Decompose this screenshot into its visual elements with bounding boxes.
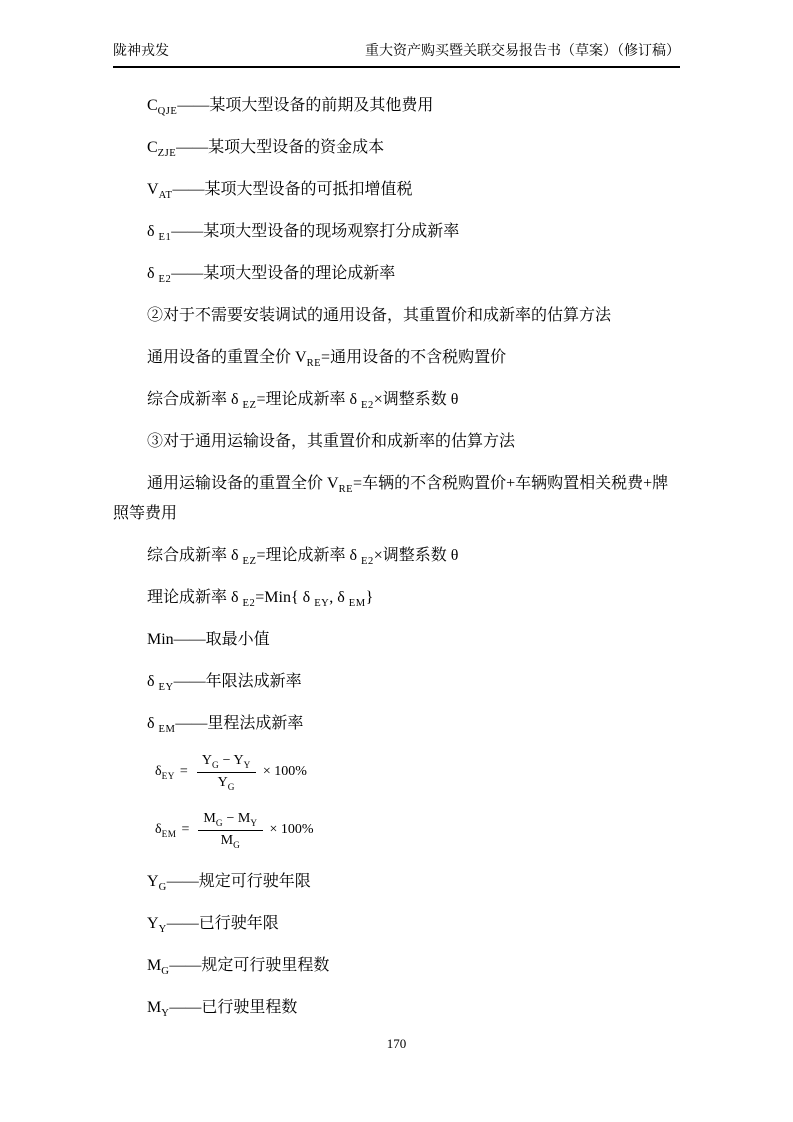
paragraph: 综合成新率 δ EZ=理论成新率 δ E2×调整系数 θ bbox=[113, 385, 680, 415]
subscript: EM bbox=[349, 598, 366, 609]
text-run: 通用设备的重置全价 V bbox=[147, 349, 307, 366]
formula-tail: × 100% bbox=[263, 764, 307, 780]
subscript: E2 bbox=[243, 598, 256, 609]
text-run: M bbox=[147, 957, 161, 974]
subscript: RE bbox=[339, 484, 353, 495]
text-run: M bbox=[203, 811, 215, 826]
paragraph: VAT——某项大型设备的可抵扣增值税 bbox=[113, 175, 680, 205]
text-run: δ bbox=[155, 822, 162, 837]
text-run: ×调整系数 θ bbox=[374, 391, 459, 408]
text-run: ②对于不需要安装调试的通用设备，其重置价和成新率的估算方法 bbox=[147, 307, 611, 324]
text-run: ——某项大型设备的可抵扣增值税 bbox=[172, 181, 412, 198]
text-run: 综合成新率 δ bbox=[147, 391, 243, 408]
subscript: G bbox=[159, 882, 167, 893]
subscript: G bbox=[233, 839, 240, 849]
fraction-numerator: MG − MY bbox=[198, 810, 262, 831]
paragraph: YG——规定可行驶年限 bbox=[113, 867, 680, 897]
text-run: Y bbox=[147, 915, 159, 932]
subscript: Y bbox=[244, 759, 251, 769]
subscript: E2 bbox=[159, 274, 172, 285]
text-run: ——某项大型设备的现场观察打分成新率 bbox=[171, 223, 459, 240]
text-run: − bbox=[219, 753, 233, 768]
text-run: δ bbox=[147, 673, 159, 690]
text-run: M bbox=[238, 811, 250, 826]
equals-sign: = bbox=[180, 764, 188, 780]
text-run: V bbox=[147, 181, 159, 198]
subscript: EZ bbox=[243, 556, 257, 567]
subscript: EM bbox=[162, 829, 177, 839]
subscript: QJE bbox=[158, 106, 178, 117]
text-run: Min——取最小值 bbox=[147, 631, 270, 648]
page-footer: 170 bbox=[0, 1036, 793, 1052]
text-run: ×调整系数 θ bbox=[374, 547, 459, 564]
fraction-denominator: MG bbox=[221, 831, 241, 851]
text-run: =理论成新率 δ bbox=[256, 391, 361, 408]
subscript: Y bbox=[159, 924, 167, 935]
paragraph: δ EM——里程法成新率 bbox=[113, 709, 680, 739]
text-run: ——某项大型设备的前期及其他费用 bbox=[177, 97, 433, 114]
text-run: ——已行驶年限 bbox=[167, 915, 279, 932]
paragraph: δ EY——年限法成新率 bbox=[113, 667, 680, 697]
fraction-denominator: YG bbox=[218, 773, 235, 793]
page-number: 170 bbox=[387, 1036, 407, 1051]
text-run: Y bbox=[218, 775, 228, 790]
paragraph: δ E1——某项大型设备的现场观察打分成新率 bbox=[113, 217, 680, 247]
text-run: − bbox=[223, 811, 238, 826]
text-run: =理论成新率 δ bbox=[256, 547, 361, 564]
text-run: Y bbox=[202, 753, 212, 768]
text-run: ——规定可行驶里程数 bbox=[169, 957, 329, 974]
text-run: δ bbox=[155, 764, 162, 779]
subscript: RE bbox=[307, 358, 321, 369]
text-run: ——年限法成新率 bbox=[174, 673, 302, 690]
header-company: 陇神戎发 bbox=[113, 44, 169, 61]
text-run: , δ bbox=[329, 589, 349, 606]
text-run: 理论成新率 δ bbox=[147, 589, 243, 606]
subscript: ZJE bbox=[158, 148, 177, 159]
text-run: M bbox=[147, 999, 161, 1016]
paragraph: Min——取最小值 bbox=[113, 625, 680, 655]
paragraph: 通用设备的重置全价 VRE=通用设备的不含税购置价 bbox=[113, 343, 680, 373]
text-run: δ bbox=[147, 265, 159, 282]
formula-lhs: δEY bbox=[155, 764, 175, 780]
text-run: δ bbox=[147, 223, 159, 240]
text-run: ——规定可行驶年限 bbox=[167, 873, 311, 890]
text-run: Y bbox=[147, 873, 159, 890]
text-run: C bbox=[147, 97, 158, 114]
document-body: CQJE——某项大型设备的前期及其他费用CZJE——某项大型设备的资金成本VAT… bbox=[113, 77, 680, 1023]
text-run: =通用设备的不含税购置价 bbox=[321, 349, 506, 366]
fraction-numerator: YG − YY bbox=[197, 752, 256, 773]
text-run: =Min{ δ bbox=[255, 589, 314, 606]
text-run: ——已行驶里程数 bbox=[169, 999, 297, 1016]
text-run: δ bbox=[147, 715, 159, 732]
text-run: ——某项大型设备的资金成本 bbox=[176, 139, 384, 156]
subscript: E1 bbox=[159, 232, 172, 243]
fraction: MG − MYMG bbox=[198, 810, 262, 851]
subscript: EM bbox=[159, 724, 176, 735]
subscript: E2 bbox=[361, 556, 374, 567]
text-run: 综合成新率 δ bbox=[147, 547, 243, 564]
formula: δEY=YG − YYYG× 100% bbox=[113, 747, 680, 797]
text-run: ——某项大型设备的理论成新率 bbox=[171, 265, 395, 282]
text-run: } bbox=[366, 589, 374, 606]
subscript: EY bbox=[314, 598, 329, 609]
subscript: EY bbox=[159, 682, 174, 693]
paragraph: YY——已行驶年限 bbox=[113, 909, 680, 939]
equals-sign: = bbox=[181, 822, 189, 838]
paragraph: δ E2——某项大型设备的理论成新率 bbox=[113, 259, 680, 289]
paragraph: 通用运输设备的重置全价 VRE=车辆的不含税购置价+车辆购置相关税费+牌照等费用 bbox=[113, 469, 680, 529]
paragraph: CQJE——某项大型设备的前期及其他费用 bbox=[113, 91, 680, 121]
subscript: Y bbox=[250, 817, 257, 827]
formula-tail: × 100% bbox=[270, 822, 314, 838]
subscript: E2 bbox=[361, 400, 374, 411]
paragraph: 理论成新率 δ E2=Min{ δ EY, δ EM} bbox=[113, 583, 680, 613]
text-run: 通用运输设备的重置全价 V bbox=[147, 475, 339, 492]
fraction: YG − YYYG bbox=[197, 752, 256, 793]
paragraph: MG——规定可行驶里程数 bbox=[113, 951, 680, 981]
document-page: 陇神戎发 重大资产购买暨关联交易报告书（草案）（修订稿） CQJE——某项大型设… bbox=[0, 0, 793, 1122]
subscript: AT bbox=[159, 190, 173, 201]
formula-lhs: δEM bbox=[155, 822, 176, 838]
text-run: ③对于通用运输设备，其重置价和成新率的估算方法 bbox=[147, 433, 515, 450]
subscript: EZ bbox=[243, 400, 257, 411]
paragraph: MY——已行驶里程数 bbox=[113, 993, 680, 1023]
text-run: Y bbox=[234, 753, 244, 768]
subscript: EY bbox=[162, 771, 175, 781]
paragraph: CZJE——某项大型设备的资金成本 bbox=[113, 133, 680, 163]
text-run: C bbox=[147, 139, 158, 156]
formula: δEM=MG − MYMG× 100% bbox=[113, 805, 680, 855]
subscript: G bbox=[228, 781, 235, 791]
paragraph: ③对于通用运输设备，其重置价和成新率的估算方法 bbox=[113, 427, 680, 457]
subscript: G bbox=[216, 817, 223, 827]
paragraph: ②对于不需要安装调试的通用设备，其重置价和成新率的估算方法 bbox=[113, 301, 680, 331]
paragraph: 综合成新率 δ EZ=理论成新率 δ E2×调整系数 θ bbox=[113, 541, 680, 571]
text-run: ——里程法成新率 bbox=[175, 715, 303, 732]
page-header: 陇神戎发 重大资产购买暨关联交易报告书（草案）（修订稿） bbox=[113, 44, 680, 68]
text-run: M bbox=[221, 833, 233, 848]
header-title: 重大资产购买暨关联交易报告书（草案）（修订稿） bbox=[365, 44, 680, 61]
